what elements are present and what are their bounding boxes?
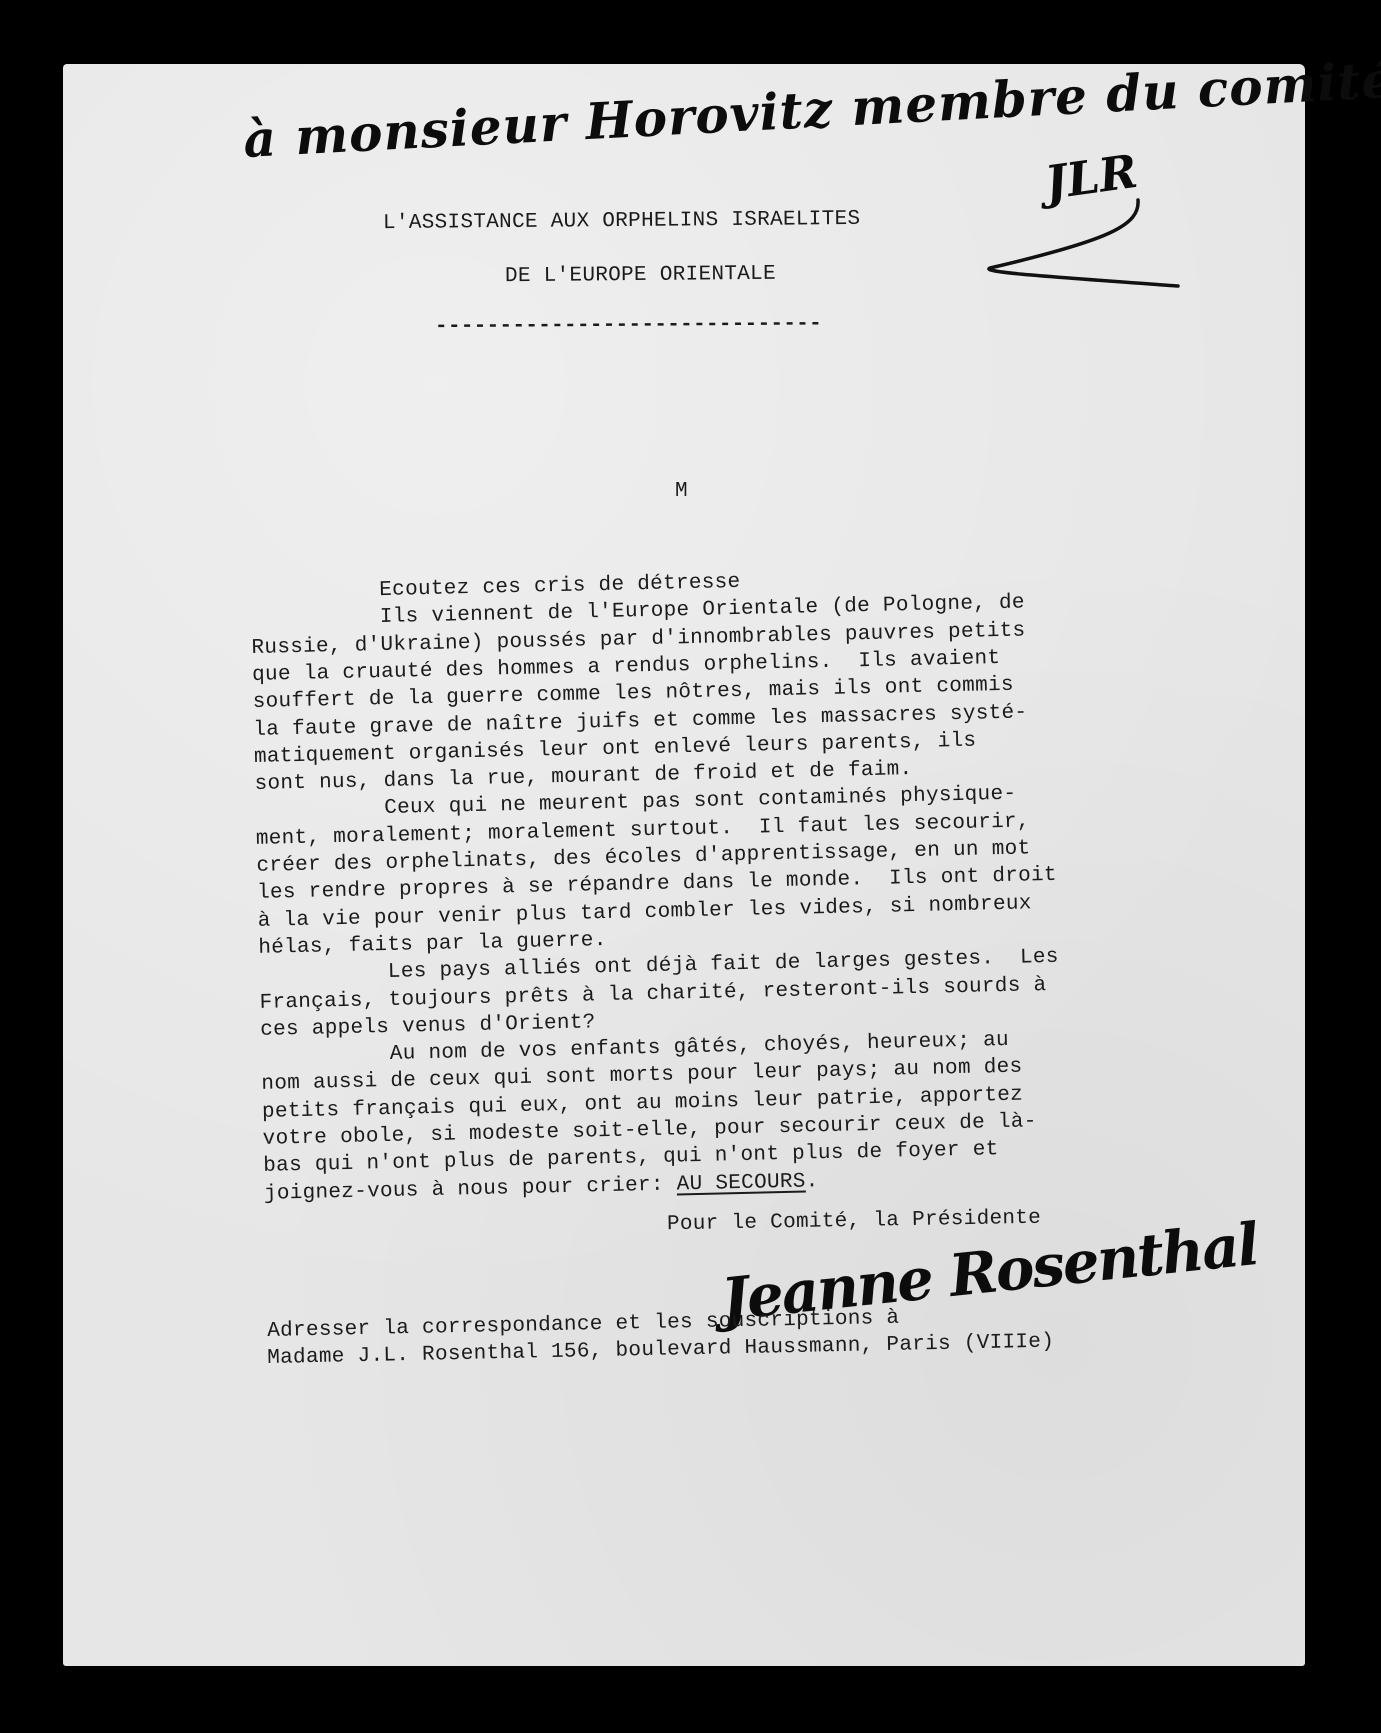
letterhead-line-2: DE L'EUROPE ORIENTALE: [505, 261, 776, 290]
letterhead-rule: ------------------------------: [435, 311, 822, 341]
salutation: M: [675, 478, 688, 505]
au-secours-emphasis: AU SECOURS: [676, 1170, 806, 1196]
letterhead-line-1: L'ASSISTANCE AUX ORPHELINS ISRAELITES: [383, 206, 861, 237]
